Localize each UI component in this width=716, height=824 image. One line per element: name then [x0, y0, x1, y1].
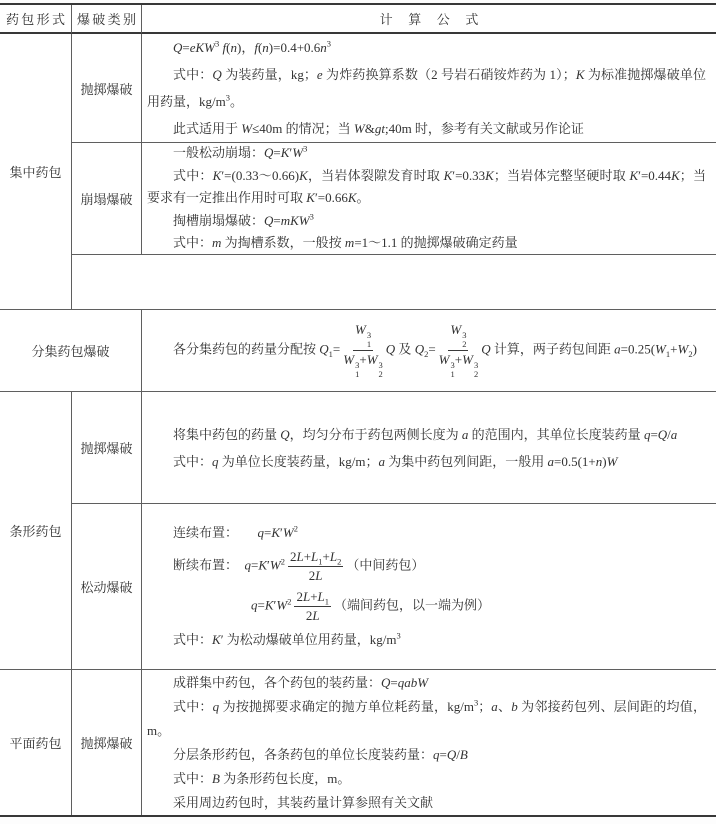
formula-line: 连续布置： q=K′W2: [147, 521, 706, 545]
formula-line: 式中：q 为单位长度装药量，kg/m；a 为集中药包列间距，一般用 a=0.5(…: [147, 448, 706, 475]
cell-formula-loosening-blast: 连续布置： q=K′W2 断续布置： q=K′W22L+L1+L22L（中间药包…: [142, 504, 716, 670]
type-label: 崩塌爆破: [80, 189, 132, 208]
form-label: 平面药包: [9, 733, 61, 752]
formula-line: 式中：K′=(0.33～0.66)K，当岩体裂隙发育时取 K′=0.33K；当岩…: [147, 165, 706, 210]
cell-form-planar-charge: 平面药包: [0, 670, 72, 815]
formula-line: 分层条形药包，各条药包的单位长度装药量：q=Q/B: [147, 743, 706, 767]
formula-line: 将集中药包的药量 Q，均匀分布于药包两侧长度为 a 的范围内，其单位长度装药量 …: [147, 421, 706, 448]
cell-form-split-charge-blast: 分集药包爆破: [0, 310, 142, 392]
cell-form-concentrated-charge: 集中药包: [0, 34, 72, 310]
cell-formula-collapse-blast: 一般松动崩塌：Q=K′W3 式中：K′=(0.33～0.66)K，当岩体裂隙发育…: [142, 143, 716, 255]
formula-line: 式中：q 为按抛掷要求确定的抛方单位耗药量，kg/m3；a、b 为邻接药包列、层…: [147, 695, 706, 743]
formula-line: 掏槽崩塌爆破：Q=mKW3: [147, 210, 706, 233]
fraction: 2L+L1+L22L: [288, 549, 343, 585]
formula-line: 断续布置： q=K′W22L+L1+L22L（中间药包）: [147, 549, 706, 585]
formula-line: Q=eKW3 f(n)，f(n)=0.4+0.6n3: [147, 34, 706, 61]
cell-formula-throwing-blast: Q=eKW3 f(n)，f(n)=0.4+0.6n3 式中：Q 为装药量，kg；…: [142, 34, 716, 143]
cell-form-strip-charge: 条形药包: [0, 392, 72, 670]
fraction: 2L+L12L: [294, 589, 331, 625]
empty-cell: [72, 255, 716, 310]
formula-line: 采用周边药包时，其装药量计算参照有关文献: [147, 791, 706, 815]
type-label: 松动爆破: [80, 577, 132, 596]
cell-type-loosening-blast: 松动爆破: [72, 504, 142, 670]
fraction: W32W31+W32: [439, 322, 479, 379]
form-label: 集中药包: [9, 162, 61, 181]
cell-type-collapse-blast: 崩塌爆破: [72, 143, 142, 255]
formula-line: 此式适用于 W≤40m 的情况；当 W&gt;40m 时，参考有关文献或另作论证: [147, 115, 706, 142]
cell-type-throwing-blast-strip: 抛掷爆破: [72, 392, 142, 504]
type-label: 抛掷爆破: [80, 438, 132, 457]
header-blast-type-label: 爆破类别: [75, 9, 139, 28]
header-blast-type: 爆破类别: [72, 5, 142, 34]
formula-line: q=K′W22L+L12L（端间药包，以一端为例）: [147, 589, 706, 625]
header-formula: 计算公式: [142, 5, 716, 34]
cell-formula-throwing-blast-planar: 成群集中药包，各个药包的装药量：Q=qabW 式中：q 为按抛掷要求确定的抛方单…: [142, 670, 716, 815]
formula-line: 式中：Q 为装药量，kg；e 为炸药换算系数（2 号岩石硝铵炸药为 1）；K 为…: [147, 61, 706, 115]
formula-line: 式中：B 为条形药包长度，m。: [147, 767, 706, 791]
header-formula-label: 计算公式: [364, 9, 494, 28]
formula-line: 式中：K′ 为松动爆破单位用药量，kg/m3: [147, 628, 706, 652]
header-charge-form: 药包形式: [0, 5, 72, 34]
fraction: W31W31+W32: [343, 322, 383, 379]
charge-calculation-table: 药包形式 爆破类别 计算公式 集中药包 抛掷爆破 Q=eKW3 f(n)，f(n…: [0, 3, 716, 817]
formula-line: 一般松动崩塌：Q=K′W3: [147, 143, 706, 165]
cell-formula-throwing-blast-strip: 将集中药包的药量 Q，均匀分布于药包两侧长度为 a 的范围内，其单位长度装药量 …: [142, 392, 716, 504]
cell-type-throwing-blast: 抛掷爆破: [72, 34, 142, 143]
cell-type-throwing-blast-planar: 抛掷爆破: [72, 670, 142, 815]
type-label: 抛掷爆破: [80, 79, 132, 98]
form-label: 条形药包: [9, 521, 61, 540]
formula-line: 各分集药包的药量分配按 Q1=W31W31+W32Q 及 Q2=W32W31+W…: [147, 322, 706, 379]
document-page: 药包形式 爆破类别 计算公式 集中药包 抛掷爆破 Q=eKW3 f(n)，f(n…: [0, 0, 716, 817]
cell-formula-split-charge: 各分集药包的药量分配按 Q1=W31W31+W32Q 及 Q2=W32W31+W…: [142, 310, 716, 392]
formula-line: 成群集中药包，各个药包的装药量：Q=qabW: [147, 671, 706, 695]
form-label: 分集药包爆破: [31, 341, 109, 360]
type-label: 抛掷爆破: [80, 733, 132, 752]
header-charge-form-label: 药包形式: [4, 9, 68, 28]
formula-line: 式中：m 为掏槽系数，一般按 m=1～1.1 的抛掷爆破确定药量: [147, 232, 706, 255]
